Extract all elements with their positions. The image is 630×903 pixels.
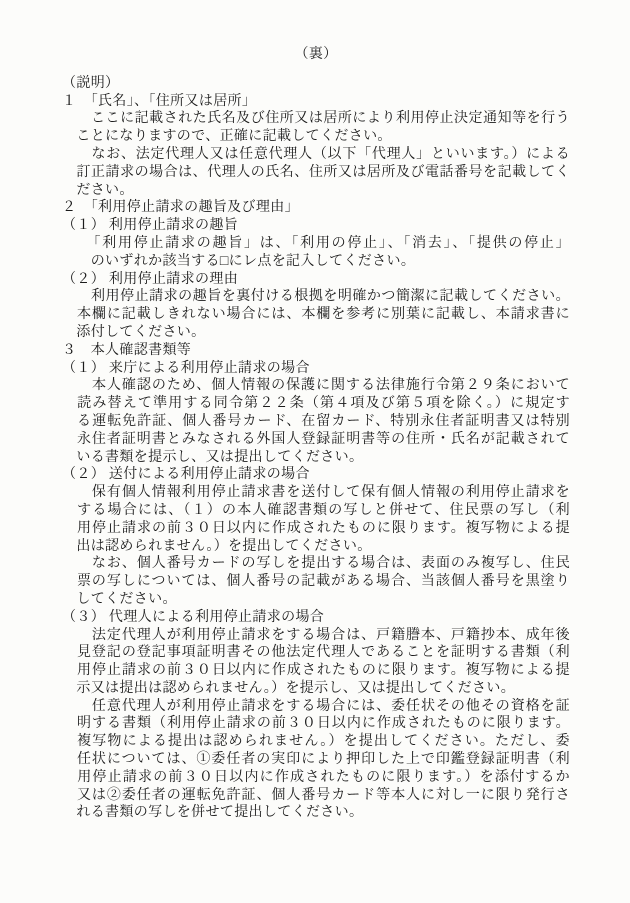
- body-line: 示又は提出は認められません。）を提示し、又は提出してください。: [62, 680, 570, 698]
- body-line: 利用停止請求の趣旨を裏付ける根拠を明確かつ簡潔に記載してください。: [62, 288, 570, 306]
- body-line: 本欄に記載しきれない場合には、本欄を参考に別葉に記載し、本請求書に: [62, 306, 570, 324]
- body-line: 読み替えて準用する同令第２２条（第４項及び第５項を除く。）に規定す: [62, 395, 570, 413]
- body-line: 本人確認のため、個人情報の保護に関する法律施行令第２９条において: [62, 377, 570, 395]
- body-line: 永住者証明書とみなされる外国人登録証明書等の住所・氏名が記載されて: [62, 431, 570, 449]
- subsection-3-3-heading: （３） 代理人による利用停止請求の場合: [62, 609, 570, 627]
- body-line: 明する書類（利用停止請求の前３０日以内に作成されたものに限ります。: [62, 715, 570, 733]
- page-side-label: （裏）: [62, 46, 570, 64]
- body-line: 用停止請求の前３０日以内に作成されたものに限ります。）を添付するか: [62, 769, 570, 787]
- body-line: ここに記載された氏名及び住所又は居所により利用停止決定通知等を行う: [62, 110, 570, 128]
- body-line: 用停止請求の前３０日以内に作成されたものに限ります。複写物による提: [62, 520, 570, 538]
- body-line: 複写物による提出は認められません。）を提出してください。ただし、委: [62, 733, 570, 751]
- body-line: 任意代理人が利用停止請求をする場合には、委任状その他その資格を証: [62, 698, 570, 716]
- body-line: 保有個人情報利用停止請求書を送付して保有個人情報の利用停止請求を: [62, 484, 570, 502]
- subsection-3-1-heading: （１） 来庁による利用停止請求の場合: [62, 360, 570, 378]
- subsection-2-1-heading: （１） 利用停止請求の趣旨: [62, 217, 570, 235]
- section-2-heading: ２ 「利用停止請求の趣旨及び理由」: [62, 199, 570, 217]
- subsection-3-2-heading: （２） 送付による利用停止請求の場合: [62, 466, 570, 484]
- body-line: 添付してください。: [62, 324, 570, 342]
- body-line: ださい。: [62, 182, 570, 200]
- body-line: してください。: [62, 591, 570, 609]
- body-line: なお、個人番号カードの写しを提出する場合は、表面のみ複写し、住民: [62, 555, 570, 573]
- body-line: 訂正請求の場合は、代理人の氏名、住所又は居所及び電話番号を記載してく: [62, 164, 570, 182]
- section-3-identity-documents: ３ 本人確認書類等 （１） 来庁による利用停止請求の場合 本人確認のため、個人情…: [62, 342, 570, 823]
- section-1-heading: １ 「氏名」、「住所又は居所」: [62, 93, 570, 111]
- body-line: のいずれか該当する□にレ点を記入してください。: [62, 253, 570, 271]
- body-line: 「利用停止請求の趣旨」は、「利用の停止」、「消去」、「提供の停止」: [62, 235, 570, 253]
- body-line: 出は認められません。）を提出してください。: [62, 538, 570, 556]
- section-3-heading: ３ 本人確認書類等: [62, 342, 570, 360]
- body-line: 票の写しについては、個人番号の記載がある場合、当該個人番号を黒塗り: [62, 573, 570, 591]
- body-line: る運転免許証、個人番号カード、在留カード、特別永住者証明書又は特別: [62, 413, 570, 431]
- body-line: 法定代理人が利用停止請求をする場合は、戸籍謄本、戸籍抄本、成年後: [62, 627, 570, 645]
- section-1-name-address: １ 「氏名」、「住所又は居所」 ここに記載された氏名及び住所又は居所により利用停…: [62, 93, 570, 200]
- document-page: （裏） （説明） １ 「氏名」、「住所又は居所」 ここに記載された氏名及び住所又…: [0, 0, 570, 822]
- explanation-label: （説明）: [62, 75, 570, 93]
- body-line: なお、法定代理人又は任意代理人（以下「代理人」といいます。）による: [62, 146, 570, 164]
- body-line: いる書類を提示し、又は提出してください。: [62, 449, 570, 467]
- section-2-purpose-reason: ２ 「利用停止請求の趣旨及び理由」 （１） 利用停止請求の趣旨 「利用停止請求の…: [62, 199, 570, 341]
- body-line: 見登記の登記事項証明書その他法定代理人であることを証明する書類（利: [62, 644, 570, 662]
- body-line: ことになりますので、正確に記載してください。: [62, 128, 570, 146]
- body-line: れる書類の写しを併せて提出してください。: [62, 804, 570, 822]
- subsection-2-2-heading: （２） 利用停止請求の理由: [62, 271, 570, 289]
- body-line: 任状については、①委任者の実印により押印した上で印鑑登録証明書（利: [62, 751, 570, 769]
- body-line: 又は②委任者の運転免許証、個人番号カード等本人に対し一に限り発行さ: [62, 787, 570, 805]
- body-line: する場合には、（１）の本人確認書類の写しと併せて、住民票の写し（利: [62, 502, 570, 520]
- body-line: 用停止請求の前３０日以内に作成されたものに限ります。複写物による提: [62, 662, 570, 680]
